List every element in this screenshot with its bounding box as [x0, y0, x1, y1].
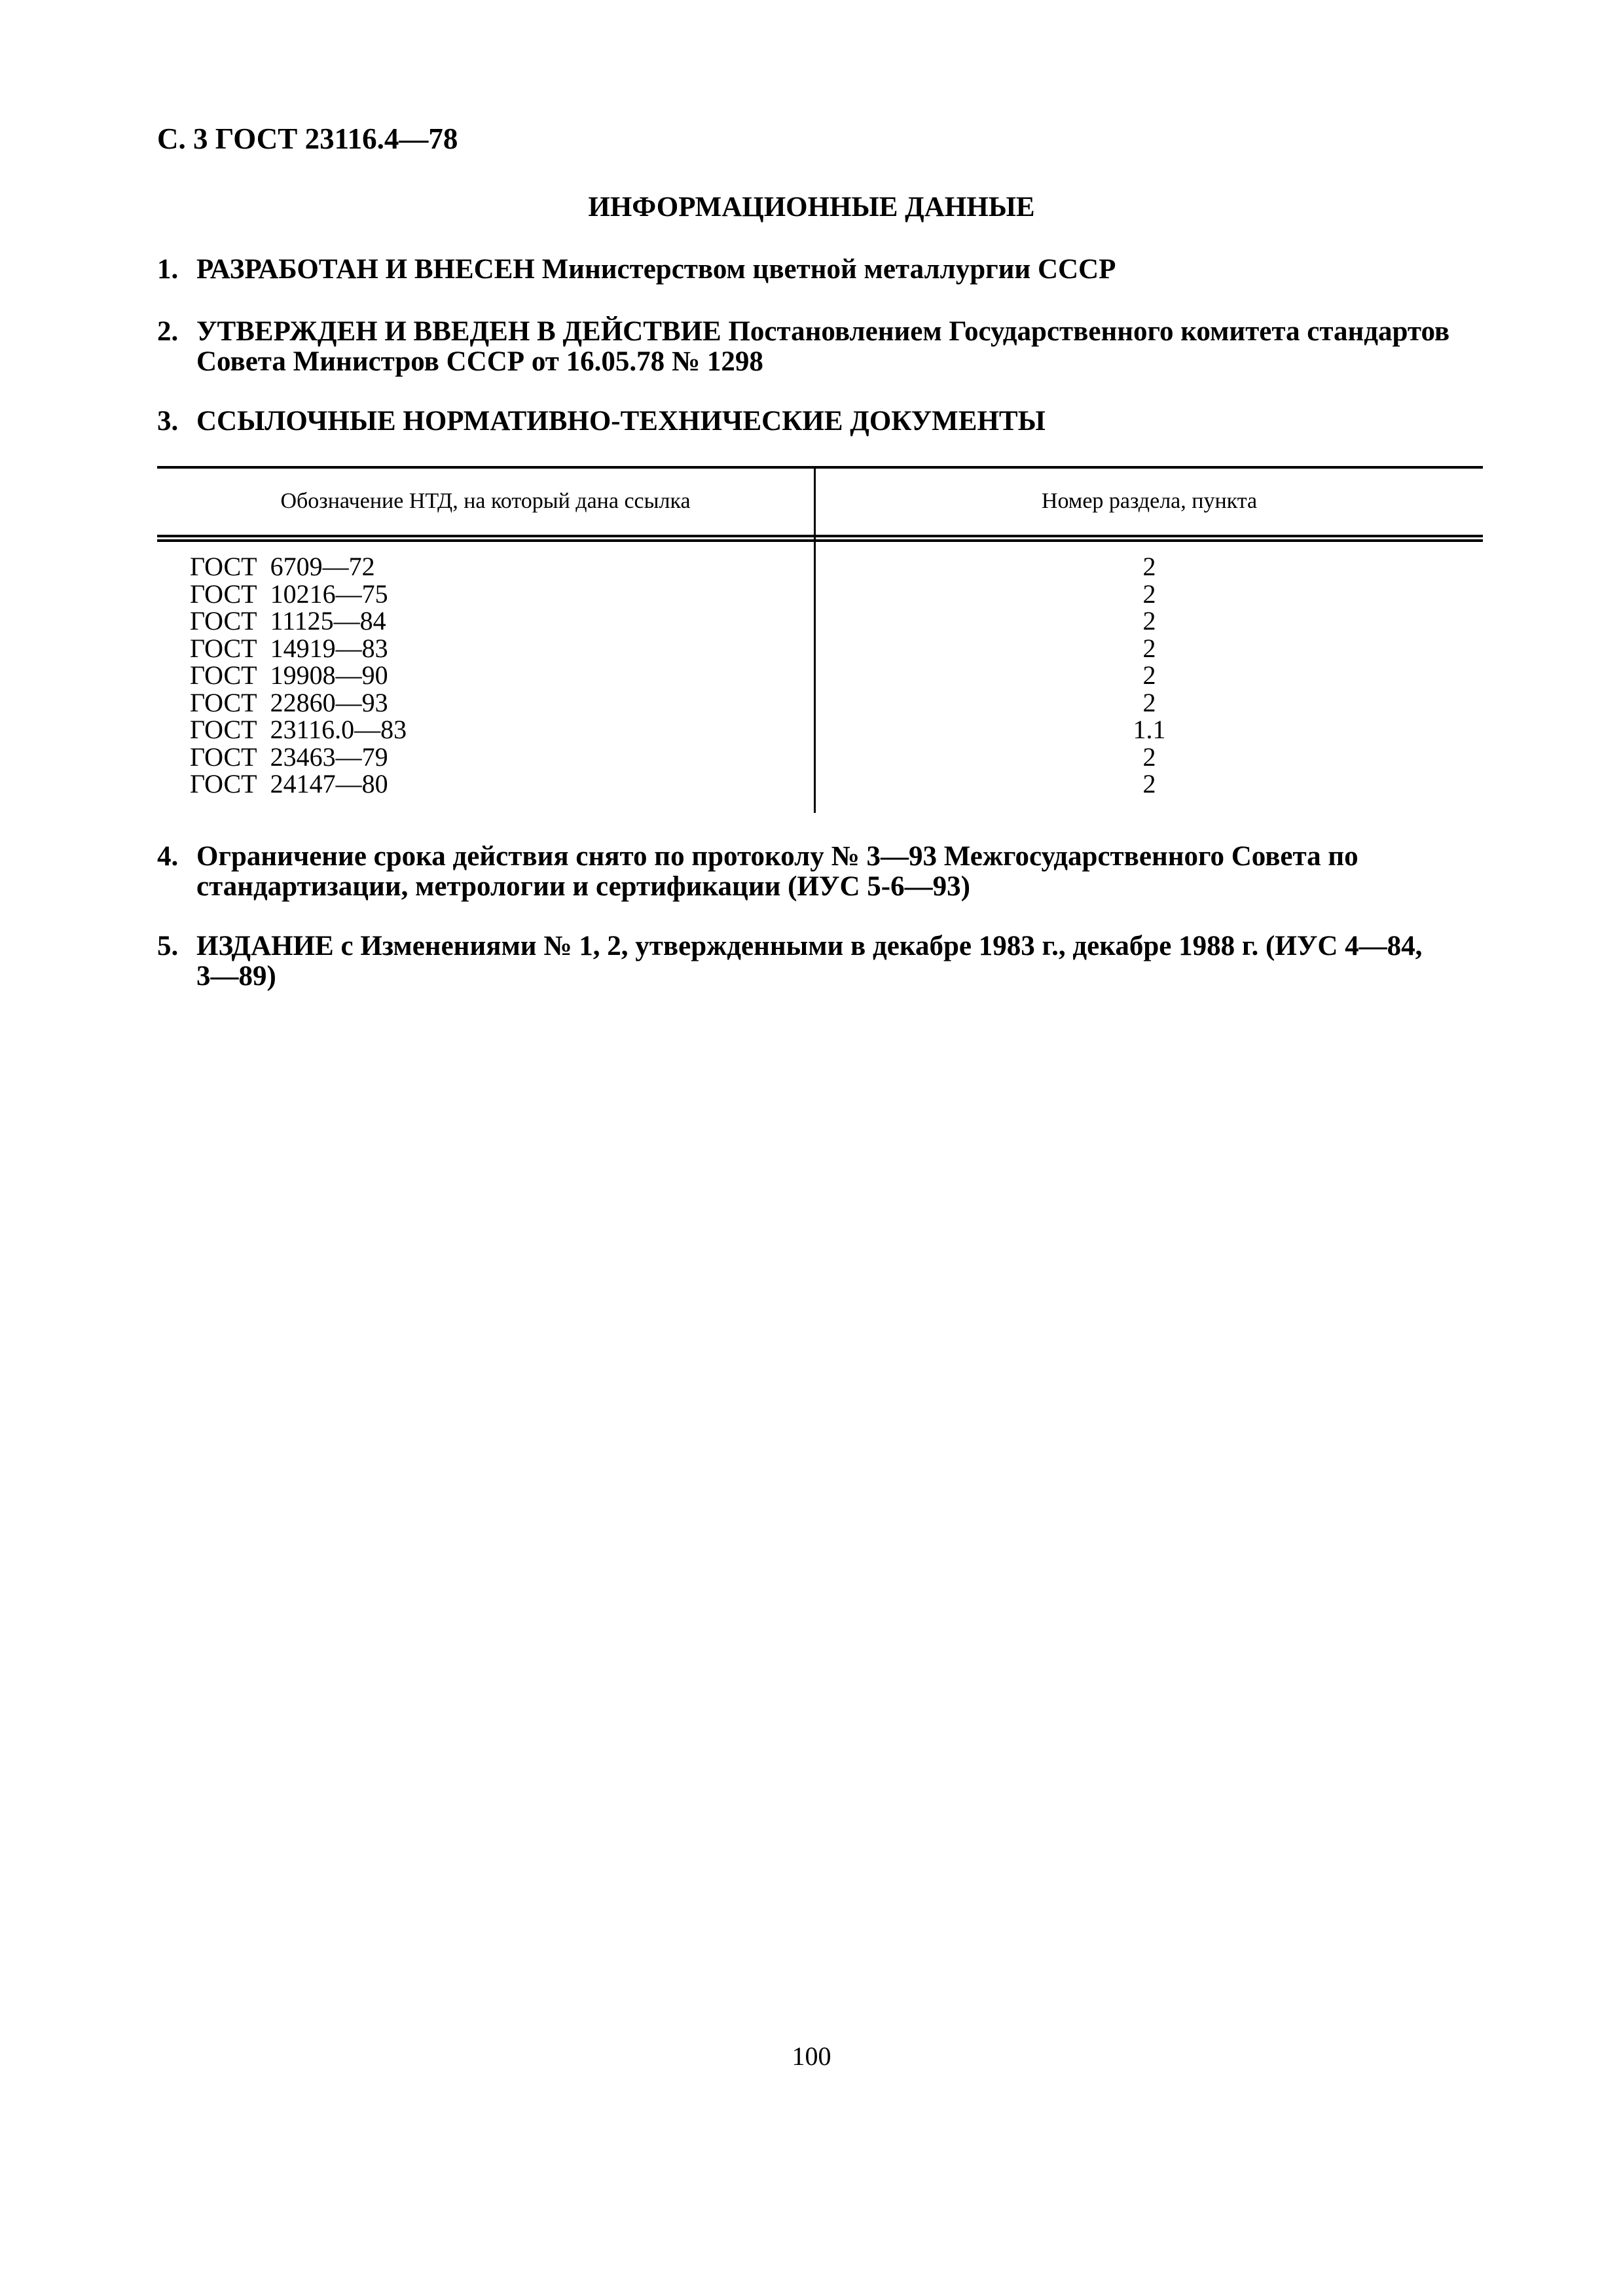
- document-cell: ГОСТ 6709—72: [190, 553, 375, 581]
- table-row: ГОСТ 23463—792: [157, 744, 1483, 771]
- page-number: 100: [0, 2042, 1623, 2071]
- table-header-rule: [157, 539, 1483, 542]
- info-item-3: 3.ССЫЛОЧНЫЕ НОРМАТИВНО-ТЕХНИЧЕСКИЕ ДОКУМ…: [157, 406, 1483, 437]
- item-text: Постановлением Государственного комитета…: [728, 316, 1450, 347]
- table-row: ГОСТ 10216—752: [157, 581, 1483, 608]
- item-text: Министерством цветной металлургии СССР: [542, 254, 1116, 285]
- table-row: ГОСТ 6709—722: [157, 553, 1483, 581]
- item-number: 1.: [157, 255, 196, 285]
- document-cell: ГОСТ 22860—93: [190, 689, 388, 717]
- section-cell: 2: [816, 662, 1483, 689]
- document-cell: ГОСТ 19908—90: [190, 662, 388, 689]
- document-cell: ГОСТ 10216—75: [190, 581, 388, 608]
- table-row: ГОСТ 24147—802: [157, 770, 1483, 798]
- section-cell: 2: [816, 581, 1483, 608]
- table-body: ГОСТ 6709—722 ГОСТ 10216—752 ГОСТ 11125—…: [157, 553, 1483, 798]
- table-header-rule: [157, 535, 1483, 537]
- section-cell: 2: [816, 553, 1483, 581]
- info-item-2: 2.УТВЕРЖДЕН И ВВЕДЕН В ДЕЙСТВИЕ Постанов…: [157, 317, 1483, 377]
- section-cell: 1.1: [816, 716, 1483, 744]
- item-number: 4.: [157, 842, 196, 872]
- section-cell: 2: [816, 770, 1483, 798]
- item-number: 3.: [157, 406, 196, 437]
- running-header: С. 3 ГОСТ 23116.4—78: [157, 122, 458, 156]
- item-number: 5.: [157, 931, 196, 961]
- document-cell: ГОСТ 14919—83: [190, 635, 388, 662]
- document-cell: ГОСТ 23463—79: [190, 744, 388, 771]
- table-top-rule: [157, 466, 1483, 469]
- item-text: ИЗДАНИЕ с Изменениями № 1, 2, утвержденн…: [196, 931, 1422, 961]
- item-lead: ССЫЛОЧНЫЕ НОРМАТИВНО-ТЕХНИЧЕСКИЕ ДОКУМЕН…: [196, 406, 1046, 437]
- document-cell: ГОСТ 11125—84: [190, 607, 386, 635]
- section-cell: 2: [816, 689, 1483, 717]
- info-item-5: 5.ИЗДАНИЕ с Изменениями № 1, 2, утвержде…: [157, 931, 1483, 992]
- item-lead: РАЗРАБОТАН И ВНЕСЕН: [196, 254, 535, 285]
- table-row: ГОСТ 14919—832: [157, 635, 1483, 662]
- item-number: 2.: [157, 317, 196, 347]
- info-item-4: 4.Ограничение срока действия снято по пр…: [157, 842, 1483, 902]
- section-cell: 2: [816, 607, 1483, 635]
- item-text-continued: 3—89): [157, 961, 1483, 992]
- item-text-continued: Совета Министров СССР от 16.05.78 № 1298: [157, 347, 1483, 377]
- document-cell: ГОСТ 23116.0—83: [190, 716, 407, 744]
- section-cell: 2: [816, 744, 1483, 771]
- table-row: ГОСТ 23116.0—831.1: [157, 716, 1483, 744]
- info-item-1: 1.РАЗРАБОТАН И ВНЕСЕН Министерством цвет…: [157, 255, 1483, 285]
- section-title: ИНФОРМАЦИОННЫЕ ДАННЫЕ: [0, 191, 1623, 224]
- item-text-continued: стандартизации, метрологии и сертификаци…: [157, 872, 1483, 902]
- table-header-section: Номер раздела, пункта: [816, 487, 1483, 516]
- section-cell: 2: [816, 635, 1483, 662]
- table-row: ГОСТ 22860—932: [157, 689, 1483, 717]
- table-row: ГОСТ 11125—842: [157, 607, 1483, 635]
- table-row: ГОСТ 19908—902: [157, 662, 1483, 689]
- item-lead: УТВЕРЖДЕН И ВВЕДЕН В ДЕЙСТВИЕ: [196, 316, 721, 347]
- document-cell: ГОСТ 24147—80: [190, 770, 388, 798]
- table-header-document: Обозначение НТД, на который дана ссылка: [157, 487, 814, 516]
- item-text: Ограничение срока действия снято по прот…: [196, 841, 1359, 872]
